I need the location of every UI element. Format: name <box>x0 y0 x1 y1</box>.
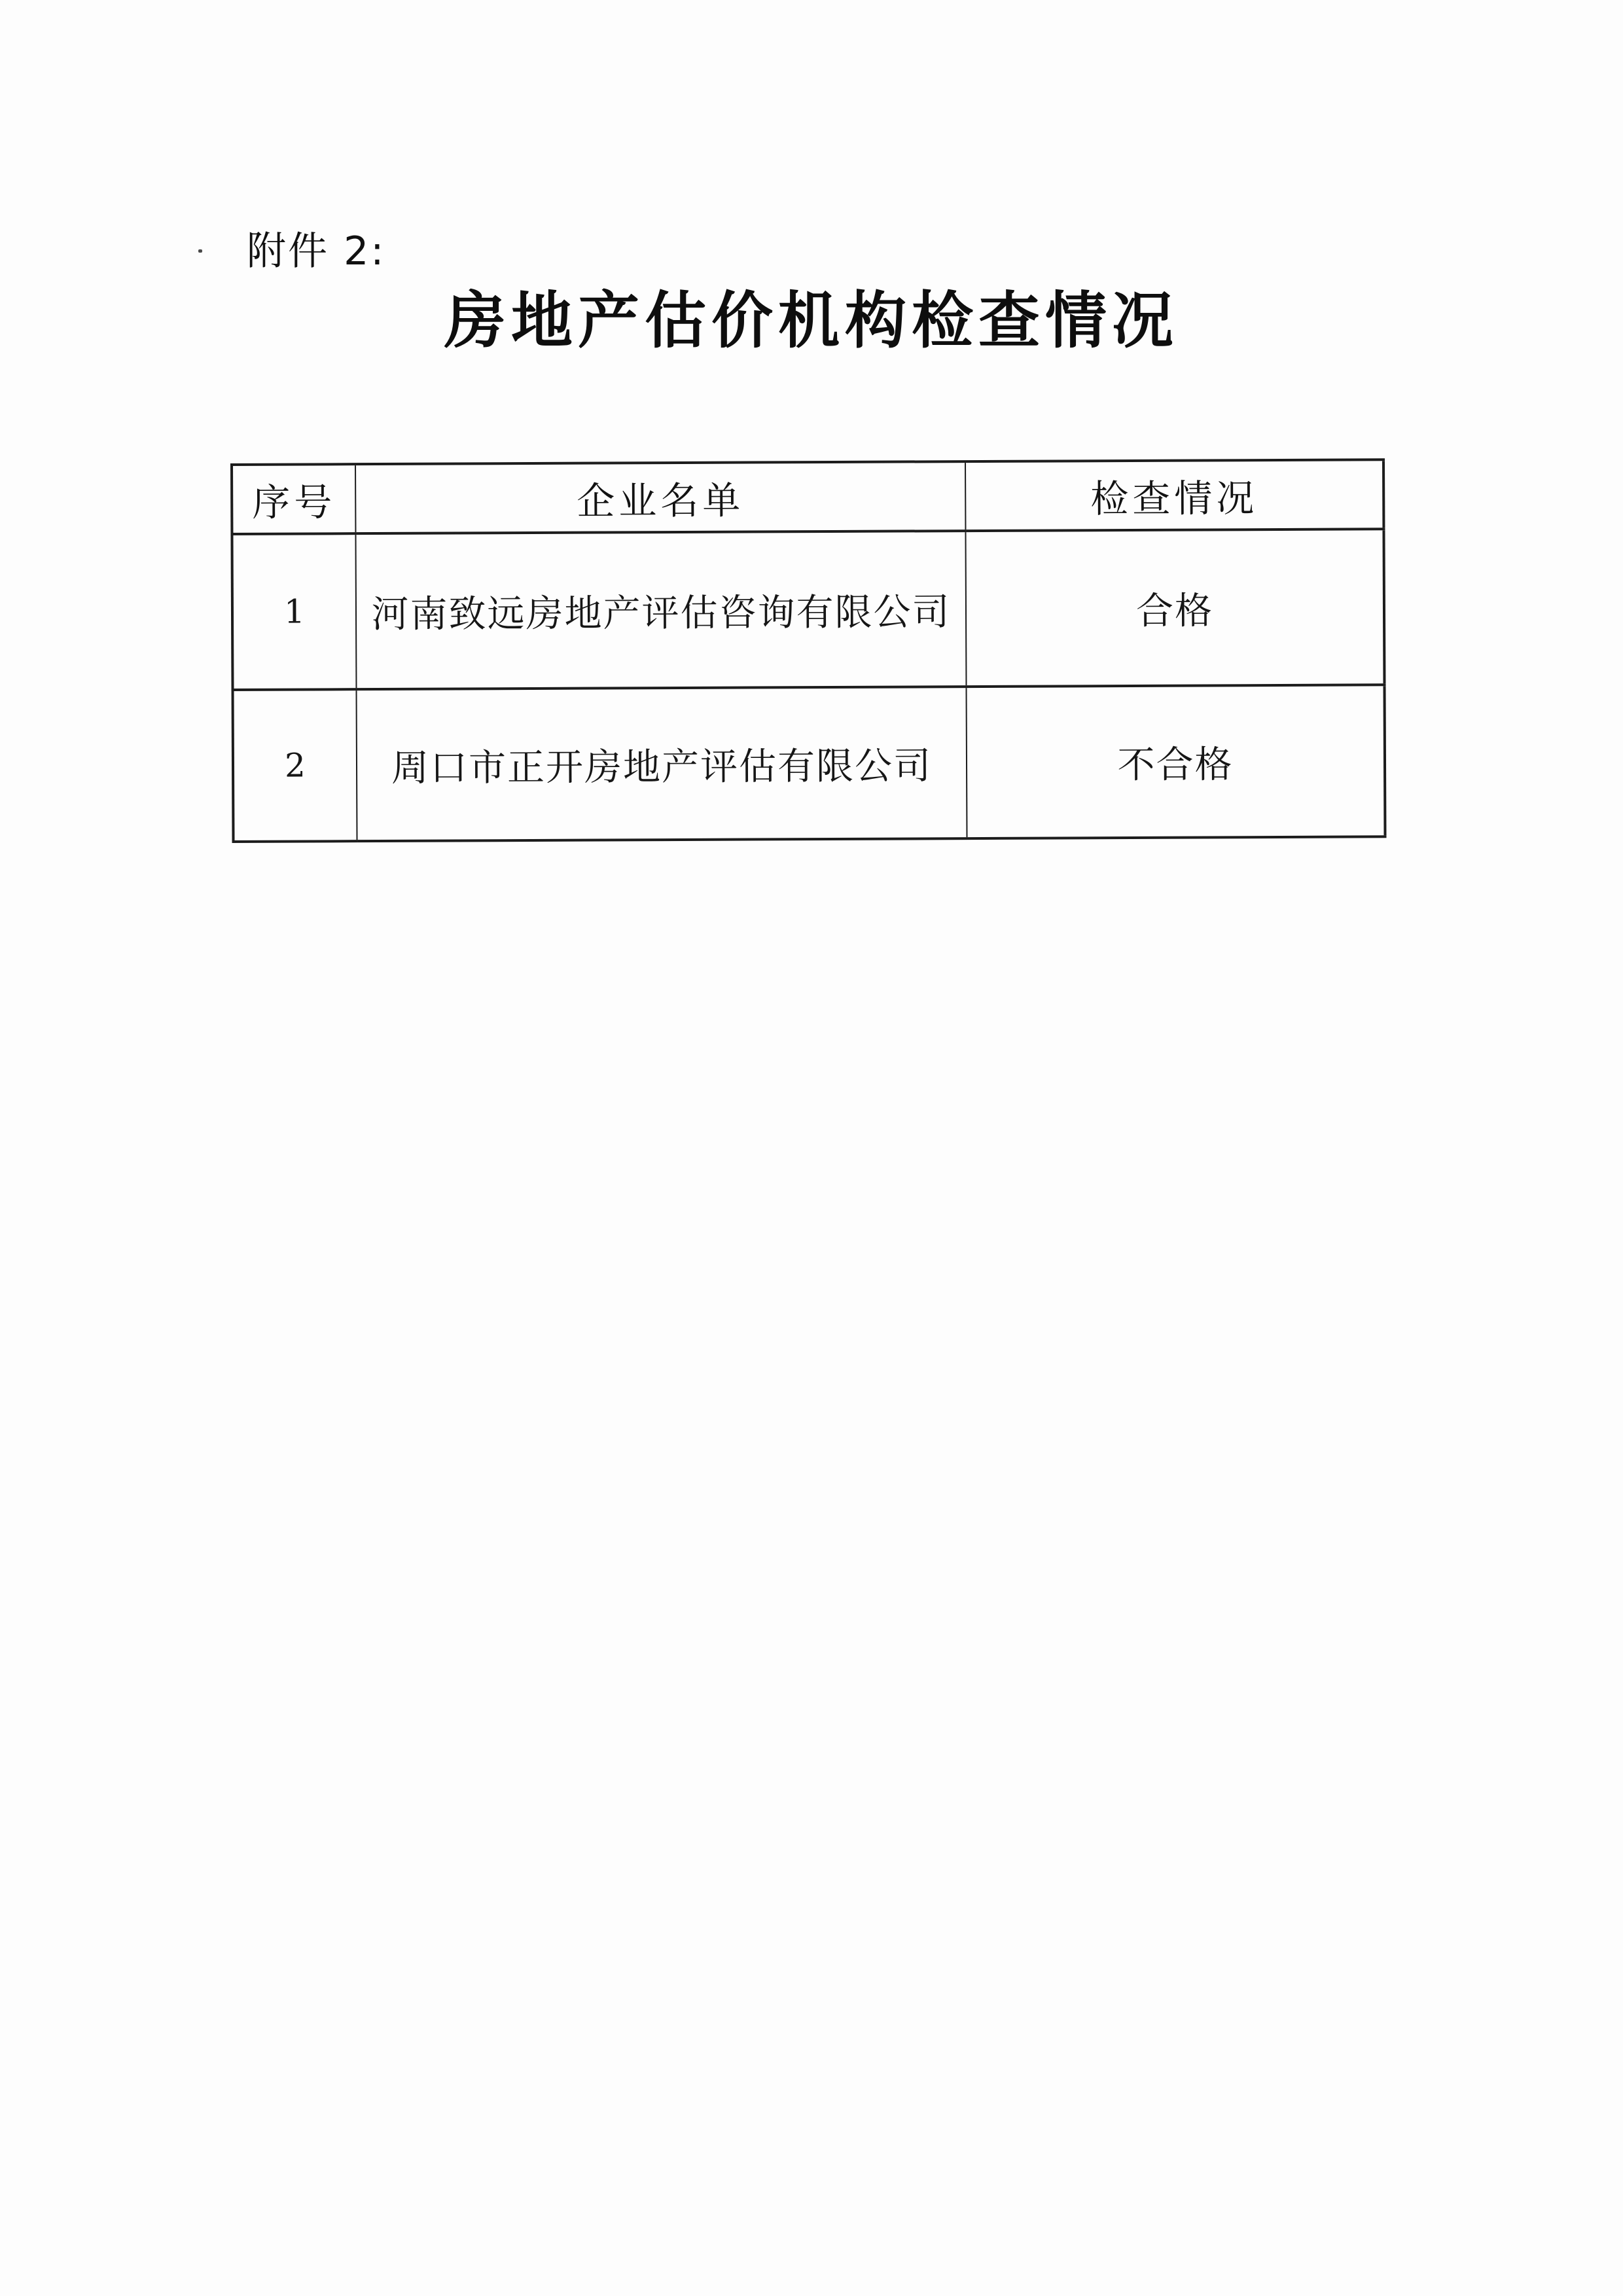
row-company-name: 周口市正开房地产评估有限公司 <box>357 687 967 841</box>
row-inspection-result: 合格 <box>965 529 1384 687</box>
table-header-row: 序号 企业名单 检查情况 <box>232 459 1383 534</box>
table-row: 2 周口市正开房地产评估有限公司 不合格 <box>233 685 1385 842</box>
scanned-document-page: 附件 2: 房地产估价机构检查情况 序号 企业名单 检查情况 1 河南致远房地产… <box>0 0 1623 2296</box>
header-cell-index: 序号 <box>232 464 355 534</box>
attachment-label: 附件 2: <box>247 228 385 275</box>
scan-speck <box>198 249 202 253</box>
row-index: 2 <box>233 689 357 842</box>
document-title: 房地产估价机构检查情况 <box>0 288 1623 353</box>
row-company-name: 河南致远房地产评估咨询有限公司 <box>355 531 966 689</box>
table-row: 1 河南致远房地产评估咨询有限公司 合格 <box>232 529 1384 690</box>
inspection-table: 序号 企业名单 检查情况 1 河南致远房地产评估咨询有限公司 合格 2 周口市正… <box>230 458 1387 843</box>
header-cell-result: 检查情况 <box>965 459 1383 531</box>
row-index: 1 <box>232 533 356 690</box>
inspection-table-container: 序号 企业名单 检查情况 1 河南致远房地产评估咨询有限公司 合格 2 周口市正… <box>230 458 1387 843</box>
header-cell-company: 企业名单 <box>355 461 965 533</box>
row-inspection-result: 不合格 <box>966 685 1385 838</box>
